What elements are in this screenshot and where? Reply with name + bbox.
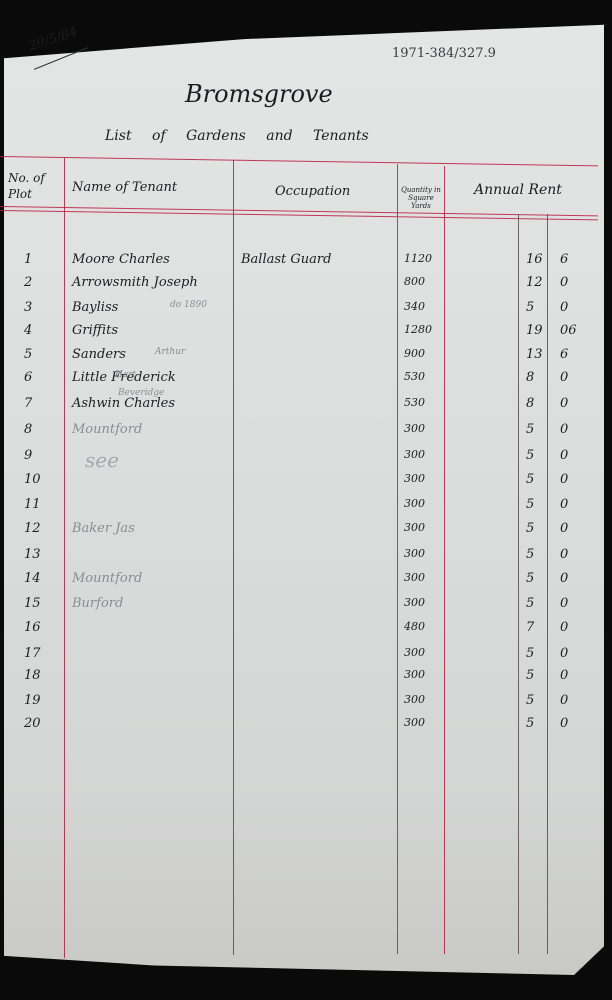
rent-shillings: 5	[526, 571, 534, 586]
quantity: 300	[404, 422, 425, 435]
rent-pence: 0	[560, 300, 568, 315]
table-row: 9 see 300 5 0	[0, 448, 612, 472]
rent-pence: 0	[560, 422, 568, 437]
table-row: 15 Burford 300 5 0	[0, 596, 612, 620]
plot-number: 15	[24, 596, 41, 611]
rent-pence: 0	[560, 396, 568, 411]
rent-pence: 0	[560, 596, 568, 611]
rent-shillings: 5	[526, 547, 534, 562]
header-plot: No. of Plot	[8, 170, 60, 202]
tenant-note: see	[85, 448, 119, 472]
quantity: 1280	[404, 323, 432, 336]
header-quantity: Quantity in Square Yards	[399, 186, 443, 210]
plot-number: 16	[24, 620, 41, 635]
page-subtitle: List of Gardens and Tenants	[105, 128, 369, 144]
rent-shillings: 8	[526, 396, 534, 411]
table-row: 10 300 5 0	[0, 472, 612, 496]
rent-pence: 0	[560, 370, 568, 385]
tenant-note: Hart	[115, 370, 136, 380]
quantity: 300	[404, 571, 425, 584]
plot-number: 11	[24, 497, 41, 512]
rent-pence: 06	[560, 323, 577, 338]
rent-shillings: 5	[526, 521, 534, 536]
table-row: 17 300 5 0	[0, 646, 612, 670]
plot-number: 10	[24, 472, 41, 487]
rent-shillings: 5	[526, 646, 534, 661]
plot-number: 8	[24, 422, 32, 437]
table-row: 1 Moore Charles Ballast Guard 1120 16 6	[0, 252, 612, 276]
rent-shillings: 12	[526, 275, 543, 290]
plot-number: 13	[24, 547, 41, 562]
rent-pence: 0	[560, 620, 568, 635]
table-row: 2 Arrowsmith Joseph 800 12 0	[0, 275, 612, 299]
rent-pence: 0	[560, 693, 568, 708]
header-occupation: Occupation	[275, 184, 350, 199]
rent-shillings: 13	[526, 347, 543, 362]
plot-number: 14	[24, 571, 41, 586]
rent-shillings: 5	[526, 472, 534, 487]
table-row: 5 Sanders Arthur 900 13 6	[0, 347, 612, 371]
plot-number: 20	[24, 716, 41, 731]
rent-shillings: 7	[526, 620, 534, 635]
plot-number: 12	[24, 521, 41, 536]
table-row: 14 Mountford 300 5 0	[0, 571, 612, 595]
rent-pence: 0	[560, 668, 568, 683]
quantity: 530	[404, 370, 425, 383]
tenant-name: Ashwin Charles	[72, 396, 175, 411]
quantity: 300	[404, 497, 425, 510]
quantity: 300	[404, 646, 425, 659]
date-stamp: 29/5/84	[27, 25, 79, 55]
quantity: 300	[404, 521, 425, 534]
reference-number: 1971-384/327.9	[392, 46, 496, 61]
rent-shillings: 5	[526, 422, 534, 437]
plot-number: 4	[24, 323, 32, 338]
plot-number: 17	[24, 646, 41, 661]
tenant-name: Mountford	[72, 571, 142, 586]
quantity: 480	[404, 620, 425, 633]
rent-shillings: 5	[526, 300, 534, 315]
table-row: 3 Bayliss do 1890 340 5 0	[0, 300, 612, 324]
page-title: Bromsgrove	[185, 80, 333, 108]
quantity: 300	[404, 547, 425, 560]
rent-pence: 0	[560, 646, 568, 661]
table-row: 6 Little Frederick Hart 530 8 0	[0, 370, 612, 394]
table-row: 16 480 7 0	[0, 620, 612, 644]
tenant-name: Mountford	[72, 422, 142, 437]
quantity: 800	[404, 275, 425, 288]
header-rent: Annual Rent	[474, 182, 562, 198]
table-row: 20 300 5 0	[0, 716, 612, 740]
plot-number: 1	[24, 252, 32, 267]
rent-pence: 0	[560, 497, 568, 512]
quantity: 300	[404, 472, 425, 485]
table-row: 12 Baker Jas 300 5 0	[0, 521, 612, 545]
plot-number: 6	[24, 370, 32, 385]
rent-pence: 0	[560, 521, 568, 536]
rent-shillings: 16	[526, 252, 543, 267]
tenant-name: Griffits	[72, 323, 118, 338]
rent-shillings: 5	[526, 497, 534, 512]
plot-number: 3	[24, 300, 32, 315]
plot-number: 7	[24, 396, 32, 411]
plot-number: 18	[24, 668, 41, 683]
quantity: 900	[404, 347, 425, 360]
tenant-name: Baker Jas	[72, 521, 135, 536]
plot-number: 9	[24, 448, 32, 463]
quantity: 1120	[404, 252, 432, 265]
occupation: Ballast Guard	[241, 252, 331, 267]
quantity: 300	[404, 596, 425, 609]
rent-pence: 0	[560, 547, 568, 562]
rent-shillings: 19	[526, 323, 543, 338]
rent-pence: 0	[560, 275, 568, 290]
table-row: 11 300 5 0	[0, 497, 612, 521]
tenant-name: Moore Charles	[72, 252, 170, 267]
table-row: 18 300 5 0	[0, 668, 612, 692]
table-row: 7 Ashwin Charles Beveridge 530 8 0	[0, 396, 612, 420]
rent-pence: 0	[560, 716, 568, 731]
table-row: 13 300 5 0	[0, 547, 612, 571]
rent-pence: 6	[560, 252, 568, 267]
rent-pence: 0	[560, 448, 568, 463]
quantity: 300	[404, 693, 425, 706]
table-row: 8 Mountford 300 5 0	[0, 422, 612, 446]
rent-shillings: 5	[526, 668, 534, 683]
tenant-name: Burford	[72, 596, 123, 611]
rent-shillings: 5	[526, 596, 534, 611]
tenant-name: Sanders	[72, 347, 126, 362]
rent-pence: 0	[560, 472, 568, 487]
rent-shillings: 5	[526, 448, 534, 463]
quantity: 300	[404, 448, 425, 461]
plot-number: 5	[24, 347, 32, 362]
quantity: 300	[404, 716, 425, 729]
tenant-note: Beveridge	[118, 388, 164, 398]
rent-shillings: 5	[526, 693, 534, 708]
plot-number: 2	[24, 275, 32, 290]
rent-pence: 0	[560, 571, 568, 586]
header-tenant: Name of Tenant	[72, 180, 177, 195]
tenant-name: Arrowsmith Joseph	[72, 275, 198, 290]
quantity: 530	[404, 396, 425, 409]
rent-shillings: 5	[526, 716, 534, 731]
plot-number: 19	[24, 693, 41, 708]
table-row: 4 Griffits 1280 19 06	[0, 323, 612, 347]
table-row: 19 300 5 0	[0, 693, 612, 717]
rent-shillings: 8	[526, 370, 534, 385]
rent-pence: 6	[560, 347, 568, 362]
quantity: 340	[404, 300, 425, 313]
quantity: 300	[404, 668, 425, 681]
tenant-note: Arthur	[155, 347, 185, 357]
tenant-note: do 1890	[170, 300, 207, 310]
tenant-name: Bayliss	[72, 300, 118, 315]
